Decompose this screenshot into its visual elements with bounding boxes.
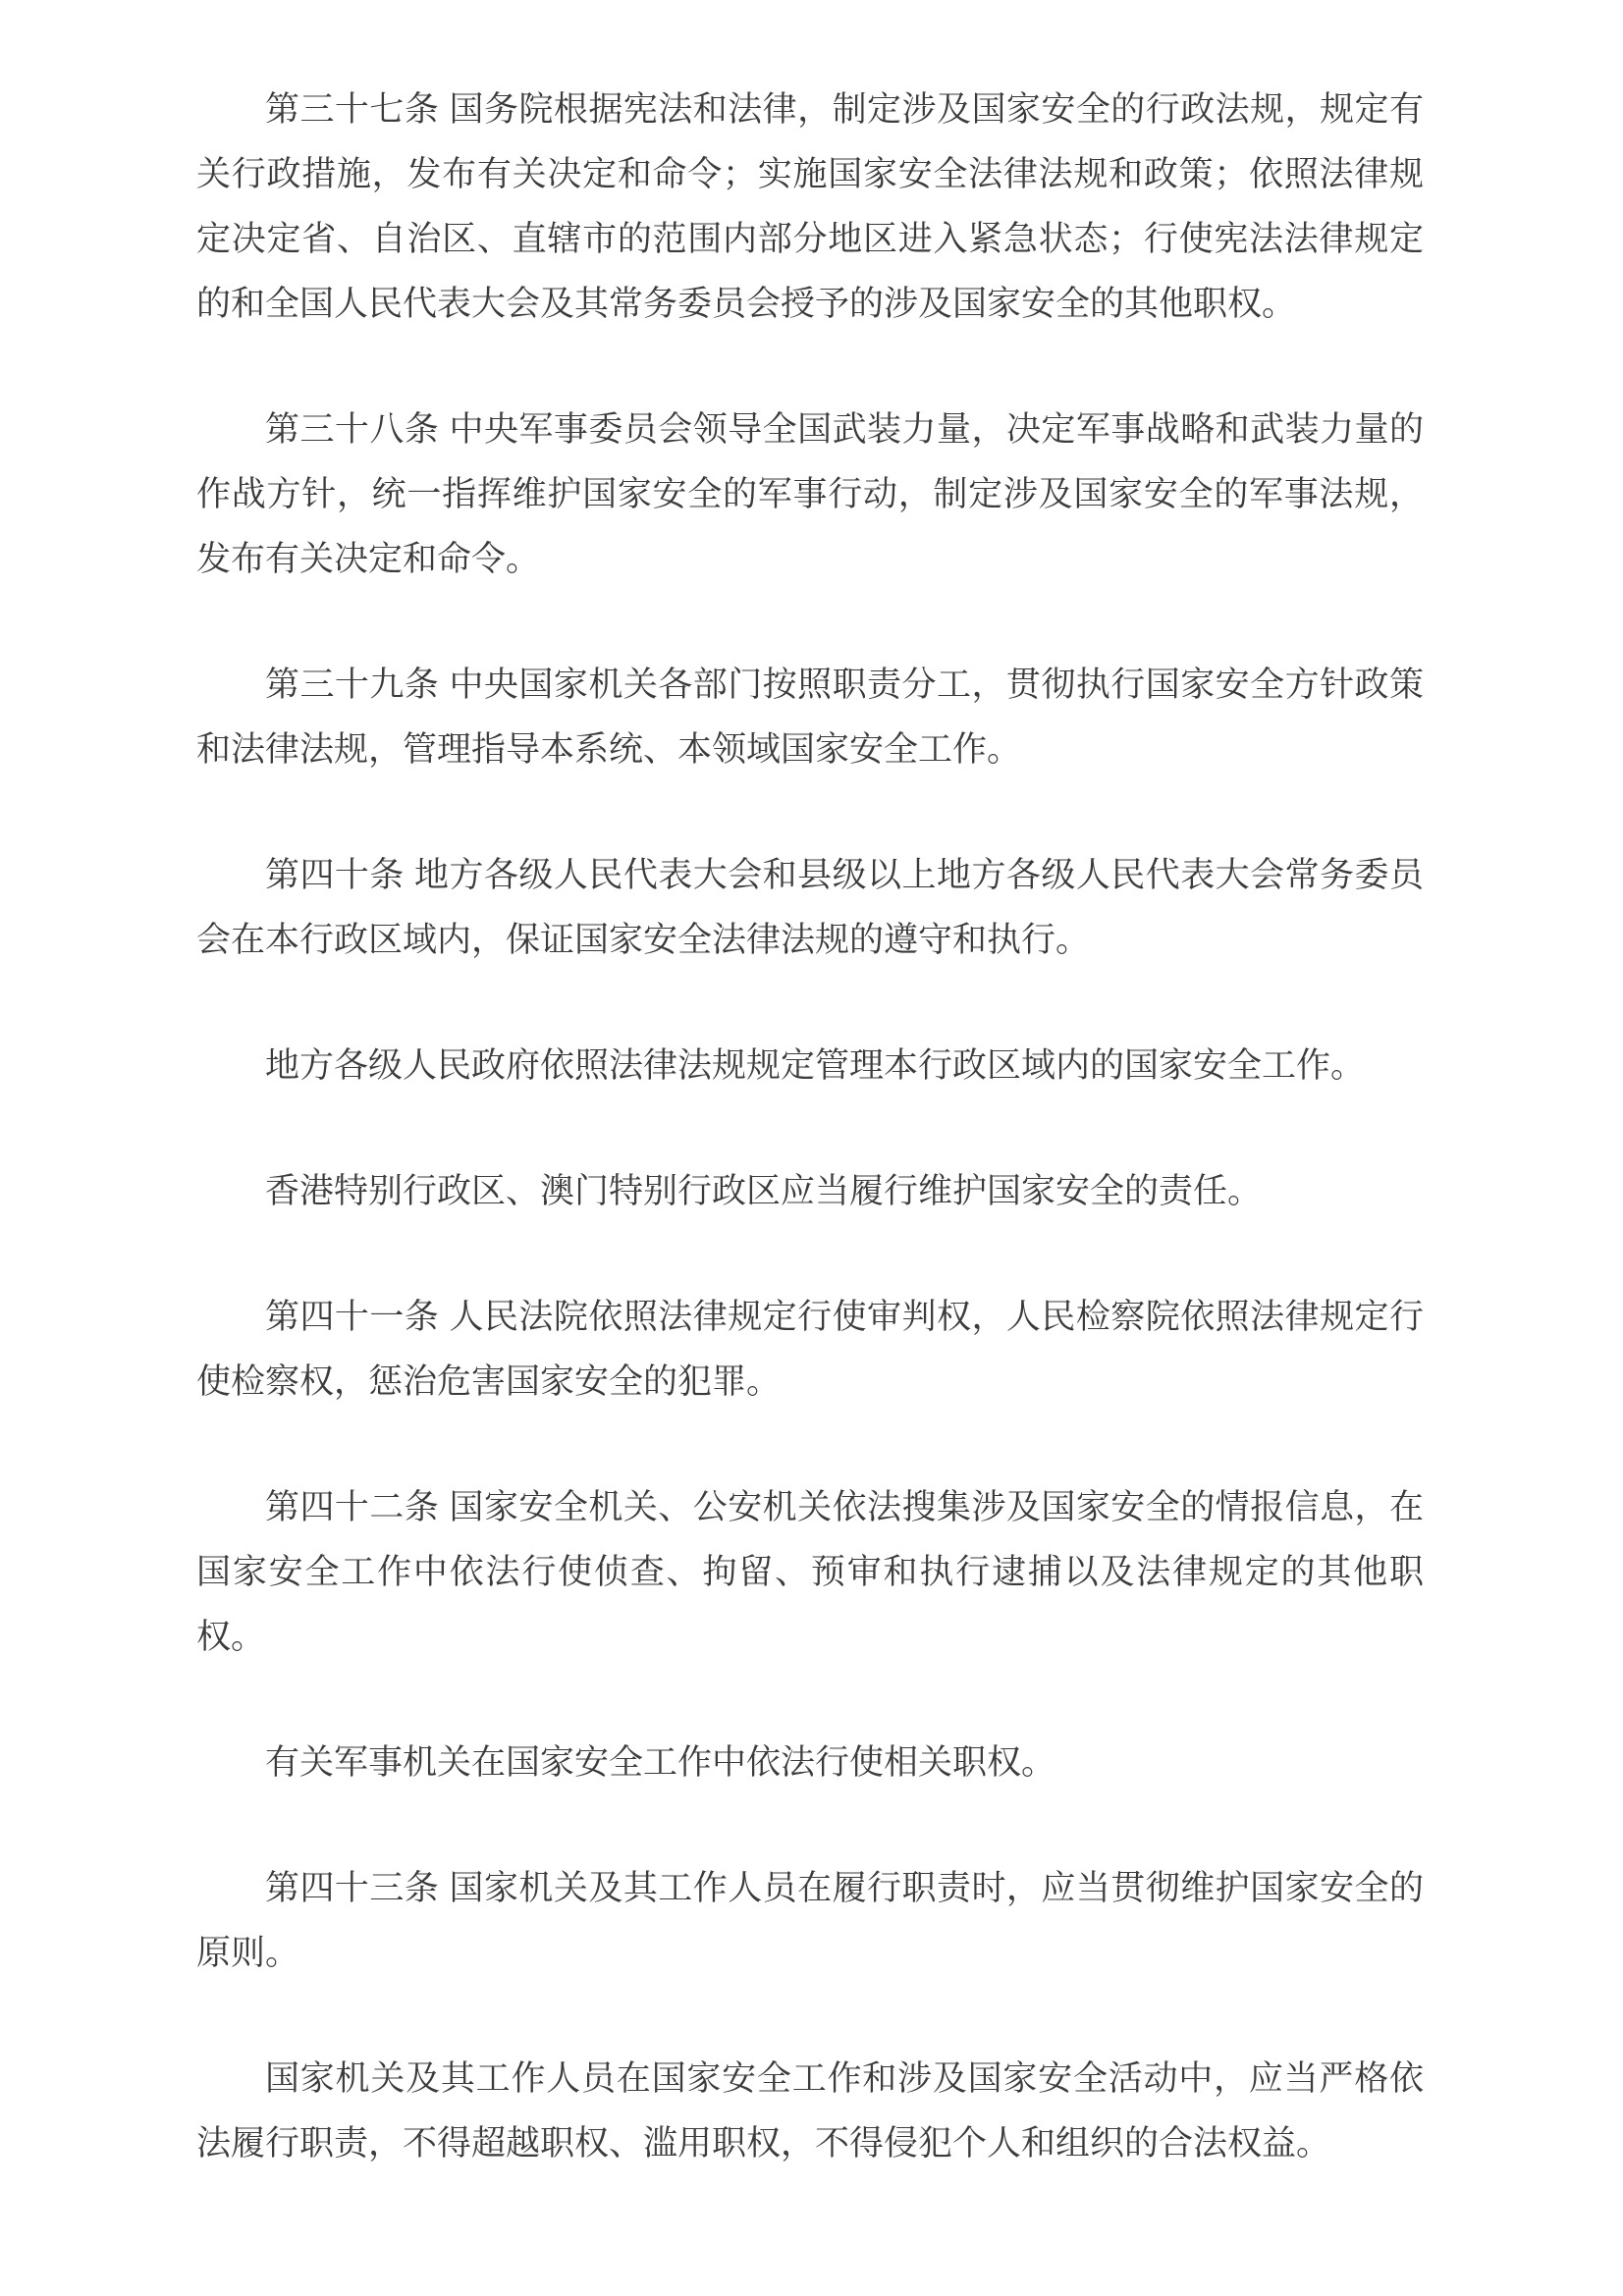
law-paragraph: 第三十九条 中央国家机关各部门按照职责分工，贯彻执行国家安全方针政策和法律法规，…: [196, 653, 1424, 782]
document-body: 第三十七条 国务院根据宪法和法律，制定涉及国家安全的行政法规，规定有关行政措施，…: [196, 78, 1424, 2176]
law-paragraph: 第三十七条 国务院根据宪法和法律，制定涉及国家安全的行政法规，规定有关行政措施，…: [196, 78, 1424, 337]
law-paragraph: 第四十一条 人民法院依照法律规定行使审判权，人民检察院依照法律规定行使检察权，惩…: [196, 1285, 1424, 1415]
law-paragraph: 第三十八条 中央军事委员会领导全国武装力量，决定军事战略和武装力量的作战方针，统…: [196, 398, 1424, 592]
law-paragraph: 第四十三条 国家机关及其工作人员在履行职责时，应当贯彻维护国家安全的原则。: [196, 1856, 1424, 1986]
law-paragraph: 国家机关及其工作人员在国家安全工作和涉及国家安全活动中，应当严格依法履行职责，不…: [196, 2047, 1424, 2176]
law-paragraph: 香港特别行政区、澳门特别行政区应当履行维护国家安全的责任。: [196, 1159, 1424, 1224]
law-paragraph: 第四十条 地方各级人民代表大会和县级以上地方各级人民代表大会常务委员会在本行政区…: [196, 843, 1424, 973]
law-paragraph: 第四十二条 国家安全机关、公安机关依法搜集涉及国家安全的情报信息，在国家安全工作…: [196, 1475, 1424, 1670]
law-paragraph: 地方各级人民政府依照法律法规规定管理本行政区域内的国家安全工作。: [196, 1034, 1424, 1098]
document-page: 第三十七条 国务院根据宪法和法律，制定涉及国家安全的行政法规，规定有关行政措施，…: [0, 0, 1623, 2296]
law-paragraph: 有关军事机关在国家安全工作中依法行使相关职权。: [196, 1731, 1424, 1795]
